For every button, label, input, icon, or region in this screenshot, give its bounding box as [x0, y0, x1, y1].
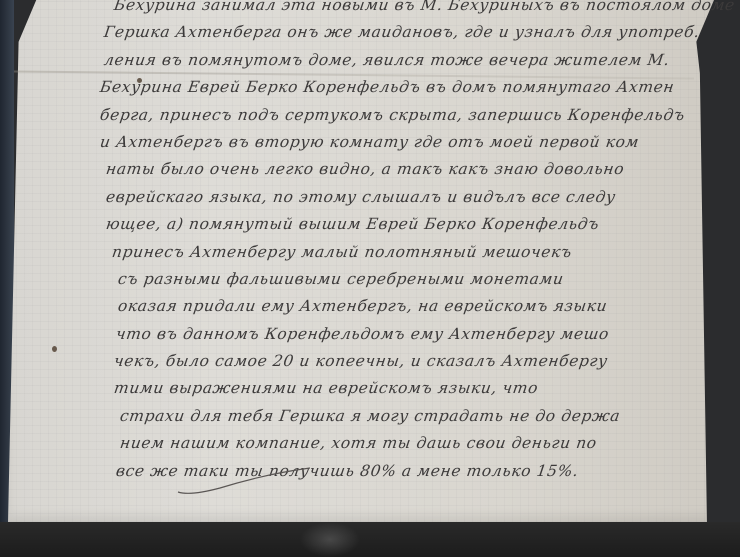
- manuscript-line: тими выражениями на еврейскомъ языки, чт…: [112, 375, 722, 402]
- manuscript-line: ления въ помянутомъ доме, явился тоже ве…: [102, 47, 722, 74]
- manuscript-line: оказая придали ему Ахтенбергъ, на еврейс…: [116, 293, 722, 320]
- manuscript-line: берга, принесъ подъ сертукомъ скрыта, за…: [98, 102, 722, 129]
- photo-backdrop-bottom: [0, 522, 740, 557]
- closing-flourish: [170, 460, 330, 500]
- manuscript-line: и Ахтенбергъ въ вторую комнату где отъ м…: [98, 129, 722, 156]
- manuscript-line: съ разными фальшивыми серебреными монета…: [116, 266, 722, 293]
- manuscript-line: еврейскаго языка, по этому слышалъ и вид…: [104, 184, 722, 211]
- manuscript-line: Бехурина занимал эта новыми въ М. Бехури…: [112, 0, 722, 19]
- manuscript-line: ющее, а) помянутый вышим Еврей Берко Кор…: [104, 211, 722, 238]
- handwritten-text-block: Бехурина занимал эта новыми въ М. Бехури…: [100, 0, 720, 485]
- manuscript-line: нием нашим компание, хотя ты дашь свои д…: [118, 430, 722, 457]
- ink-stain: [52, 346, 57, 352]
- manuscript-line: наты было очень легко видно, а такъ какъ…: [104, 156, 722, 183]
- manuscript-line: Гершка Ахтенберга онъ же маидановъ, где …: [102, 19, 722, 46]
- manuscript-line: принесъ Ахтенбергу малый полотняный мешо…: [110, 239, 722, 266]
- manuscript-line: страхи для тебя Гершка я могу страдать н…: [118, 403, 722, 430]
- manuscript-line: Бехурина Еврей Берко Коренфельдъ въ домъ…: [98, 74, 722, 101]
- light-glare: [300, 522, 360, 557]
- manuscript-line: чекъ, было самое 20 и копеечны, и сказал…: [112, 348, 722, 375]
- manuscript-line: что въ данномъ Коренфельдомъ ему Ахтенбе…: [114, 321, 722, 348]
